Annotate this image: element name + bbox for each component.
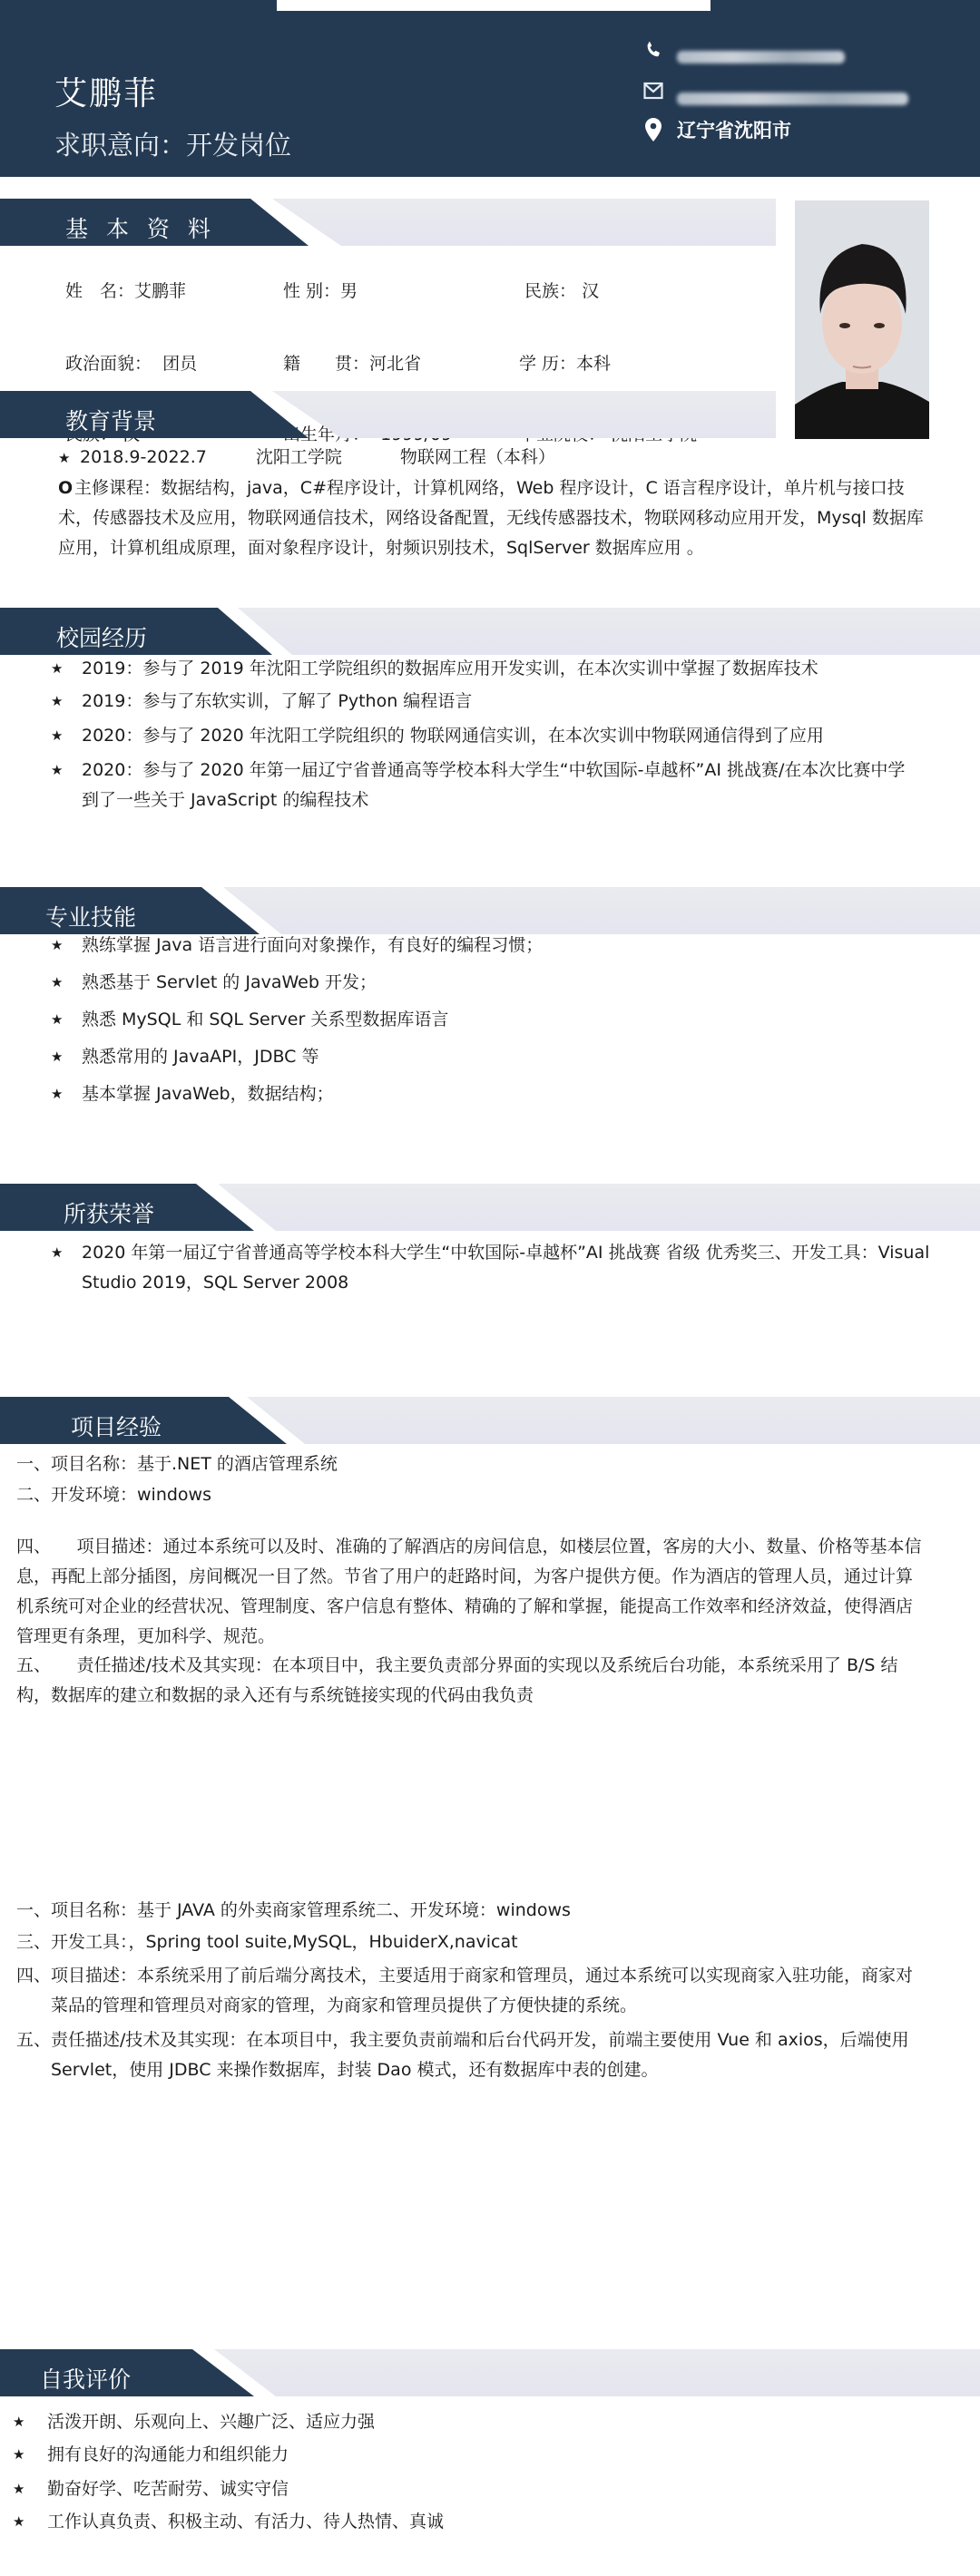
list-item: ★2020：参与了 2020 年沈阳工学院组织的 物联网通信实训，在本次实训中物…	[51, 721, 958, 750]
star-bullet-icon: ★	[13, 2507, 47, 2536]
contact-phone	[642, 36, 845, 63]
list-item: ★2020 年第一届辽宁省普通高等学校本科大学生“中软国际-卓越杯”AI 挑战赛…	[51, 1238, 958, 1267]
profile-photo	[795, 200, 929, 439]
star-bullet-icon: ★	[51, 1005, 82, 1034]
education-school: 沈阳工学院	[256, 447, 342, 467]
star-bullet-icon: ★	[51, 654, 82, 683]
star-bullet-icon: ★	[51, 1079, 82, 1108]
mail-icon	[642, 79, 664, 102]
education-entry: ★2018.9-2022.7沈阳工学院物联网工程（本科）	[58, 443, 555, 473]
section-title: 基 本 资 料	[65, 211, 216, 244]
star-bullet-icon: ★	[51, 1238, 82, 1267]
list-item: ★活泼开朗、乐观向上、兴趣广泛、适应力强	[13, 2407, 375, 2436]
list-item: ★勤奋好学、吃苦耐劳、诚实守信	[13, 2474, 289, 2503]
header-notch	[277, 0, 710, 11]
list-item: ★2019：参与了东软实训，了解了 Python 编程语言	[51, 687, 958, 716]
value-gender: 男	[340, 281, 358, 301]
list-item: ★基本掌握 JavaWeb，数据结构；	[51, 1079, 334, 1108]
star-bullet-icon: ★	[13, 2407, 47, 2436]
label-name: 姓 名：	[65, 281, 134, 301]
label-political: 政治面貌：	[65, 354, 152, 374]
contact-location: 辽宁省沈阳市	[642, 116, 791, 143]
section-header-self-eval: 自我评价	[0, 2349, 980, 2396]
resume-header: 艾鹏菲 求职意向：开发岗位 辽宁省沈阳市	[0, 0, 980, 177]
section-header-projects: 项目经验	[0, 1397, 980, 1444]
star-bullet-icon: ★	[51, 721, 82, 750]
star-bullet-icon: ★	[51, 756, 82, 785]
education-period: 2018.9-2022.7	[80, 447, 207, 467]
list-item: ★工作认真负责、积极主动、有活力、待人热情、真诚	[13, 2507, 444, 2536]
star-bullet-icon: ★	[51, 687, 82, 716]
project-name: 一、项目名称：基于.NET 的酒店管理系统	[16, 1449, 338, 1478]
phone-icon	[642, 38, 664, 62]
section-title: 专业技能	[45, 900, 136, 932]
candidate-name: 艾鹏菲	[54, 68, 158, 114]
label-hometown: 籍 贯：	[283, 354, 369, 374]
section-title: 校园经历	[56, 620, 147, 653]
star-bullet-icon: ★	[51, 1042, 82, 1071]
value-political: 团员	[162, 354, 197, 374]
section-title: 项目经验	[71, 1410, 162, 1442]
section-title: 教育背景	[65, 404, 156, 436]
star-bullet-icon: ★	[13, 2440, 47, 2469]
section-header-basic-info: 基 本 资 料	[0, 199, 776, 246]
value-name: 艾鹏菲	[134, 281, 186, 301]
list-item: ★2020：参与了 2020 年第一届辽宁省普通高等学校本科大学生“中软国际-卓…	[51, 756, 958, 785]
section-title: 自我评价	[40, 2362, 131, 2395]
star-bullet-icon: ★	[51, 968, 82, 997]
list-item: ★拥有良好的沟通能力和组织能力	[13, 2440, 289, 2469]
value-degree: 本科	[576, 354, 611, 374]
project-env: 二、开发环境：windows	[16, 1480, 211, 1509]
list-item: ★2019：参与了 2019 年沈阳工学院组织的数据库应用开发实训，在本次实训中…	[51, 654, 958, 683]
section-title: 所获荣誉	[64, 1196, 154, 1229]
contact-email	[642, 76, 908, 105]
project-name: 一、项目名称：基于 JAVA 的外卖商家管理系统二、开发环境：windows	[16, 1896, 571, 1925]
section-header-education: 教育背景	[0, 391, 776, 438]
map-pin-icon	[642, 118, 664, 141]
section-header-skills: 专业技能	[0, 887, 980, 934]
value-hometown: 河北省	[369, 354, 421, 374]
section-header-honors: 所获荣誉	[0, 1184, 980, 1231]
list-item: ★熟练掌握 Java 语言进行面向对象操作，有良好的编程习惯；	[51, 931, 543, 960]
list-item: ★熟悉基于 Servlet 的 JavaWeb 开发；	[51, 968, 377, 997]
education-major: 物联网工程（本科）	[400, 447, 555, 467]
star-bullet-icon: ★	[58, 444, 80, 473]
list-item: ★熟悉常用的 JavaAPI，JDBC 等	[51, 1042, 318, 1071]
circle-bullet-icon: O	[58, 473, 74, 503]
star-bullet-icon: ★	[13, 2474, 47, 2503]
section-header-campus: 校园经历	[0, 608, 980, 655]
label-ethnicity: 民族：	[524, 281, 576, 301]
label-degree: 学 历：	[519, 354, 576, 374]
list-item: ★熟悉 MySQL 和 SQL Server 关系型数据库语言	[51, 1005, 448, 1034]
value-ethnicity: 汉	[582, 281, 599, 301]
phone-redacted	[677, 51, 845, 63]
star-bullet-icon: ★	[51, 931, 82, 960]
email-redacted	[677, 93, 908, 105]
project-tools: 三、开发工具：，Spring tool suite,MySQL，HbuiderX…	[16, 1927, 518, 1956]
location-text: 辽宁省沈阳市	[677, 116, 791, 143]
job-intent: 求职意向：开发岗位	[54, 125, 291, 162]
label-gender: 性 别：	[283, 281, 340, 301]
